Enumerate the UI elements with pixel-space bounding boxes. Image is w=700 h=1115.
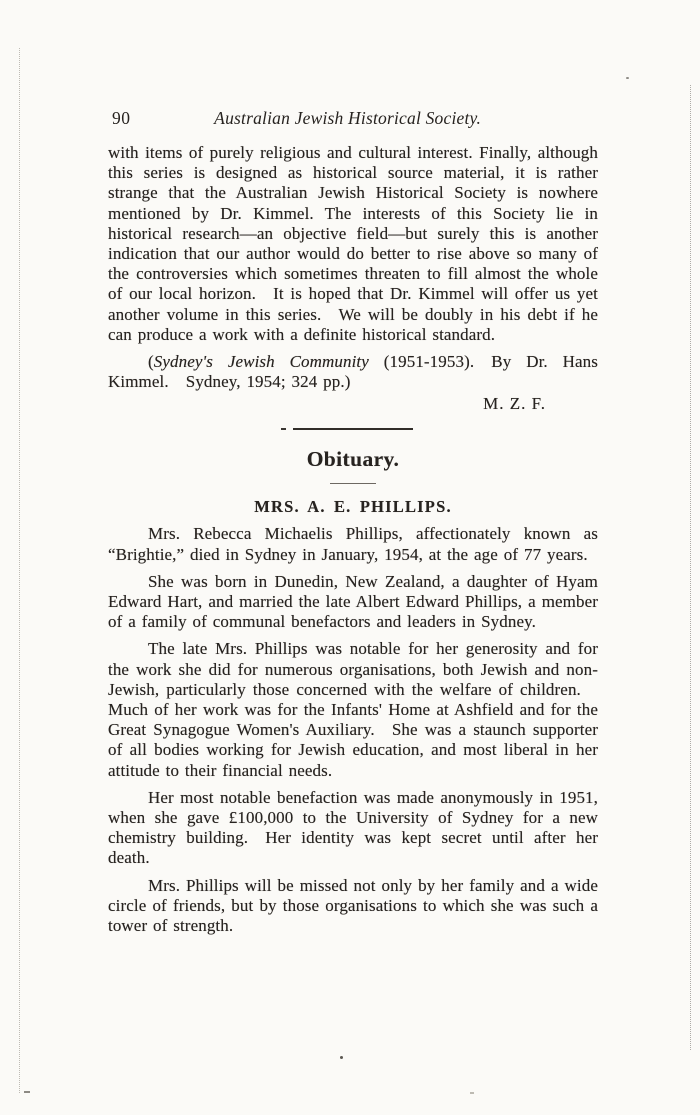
review-body-paragraph: with items of purely religious and cultu… bbox=[108, 143, 598, 345]
obituary-section-title: Obituary. bbox=[108, 447, 598, 472]
obituary-paragraph: Her most notable benefaction was made an… bbox=[108, 788, 598, 869]
scanned-document-page: 90 Australian Jewish Historical Society.… bbox=[0, 0, 700, 1115]
scan-gutter-line bbox=[19, 48, 20, 1093]
scan-speck bbox=[470, 1092, 474, 1094]
book-citation: (Sydney's Jewish Community (1951-1953). … bbox=[108, 352, 598, 392]
reviewer-initials: M. Z. F. bbox=[108, 394, 546, 414]
book-title: Sydney's Jewish Community bbox=[154, 352, 369, 371]
obituary-paragraph: The late Mrs. Phillips was notable for h… bbox=[108, 639, 598, 780]
obituary-paragraph: She was born in Dunedin, New Zealand, a … bbox=[108, 572, 598, 633]
scan-speck bbox=[24, 1091, 30, 1093]
divider-dash bbox=[281, 428, 286, 430]
obituary-paragraph: Mrs. Rebecca Michaelis Phillips, affecti… bbox=[108, 524, 598, 564]
divider-rule bbox=[293, 428, 413, 430]
scan-speck bbox=[626, 77, 629, 79]
page-number: 90 bbox=[112, 108, 131, 129]
obituary-paragraph: Mrs. Phillips will be missed not only by… bbox=[108, 876, 598, 937]
section-divider bbox=[281, 428, 413, 430]
heading-rule bbox=[330, 483, 376, 484]
obituary-subject-heading: MRS. A. E. PHILLIPS. bbox=[108, 497, 598, 517]
text-block: 90 Australian Jewish Historical Society.… bbox=[108, 108, 598, 936]
scan-edge-line bbox=[690, 85, 691, 1050]
scan-speck bbox=[340, 1056, 343, 1059]
running-header: 90 Australian Jewish Historical Society. bbox=[108, 108, 598, 132]
journal-title: Australian Jewish Historical Society. bbox=[214, 108, 481, 129]
